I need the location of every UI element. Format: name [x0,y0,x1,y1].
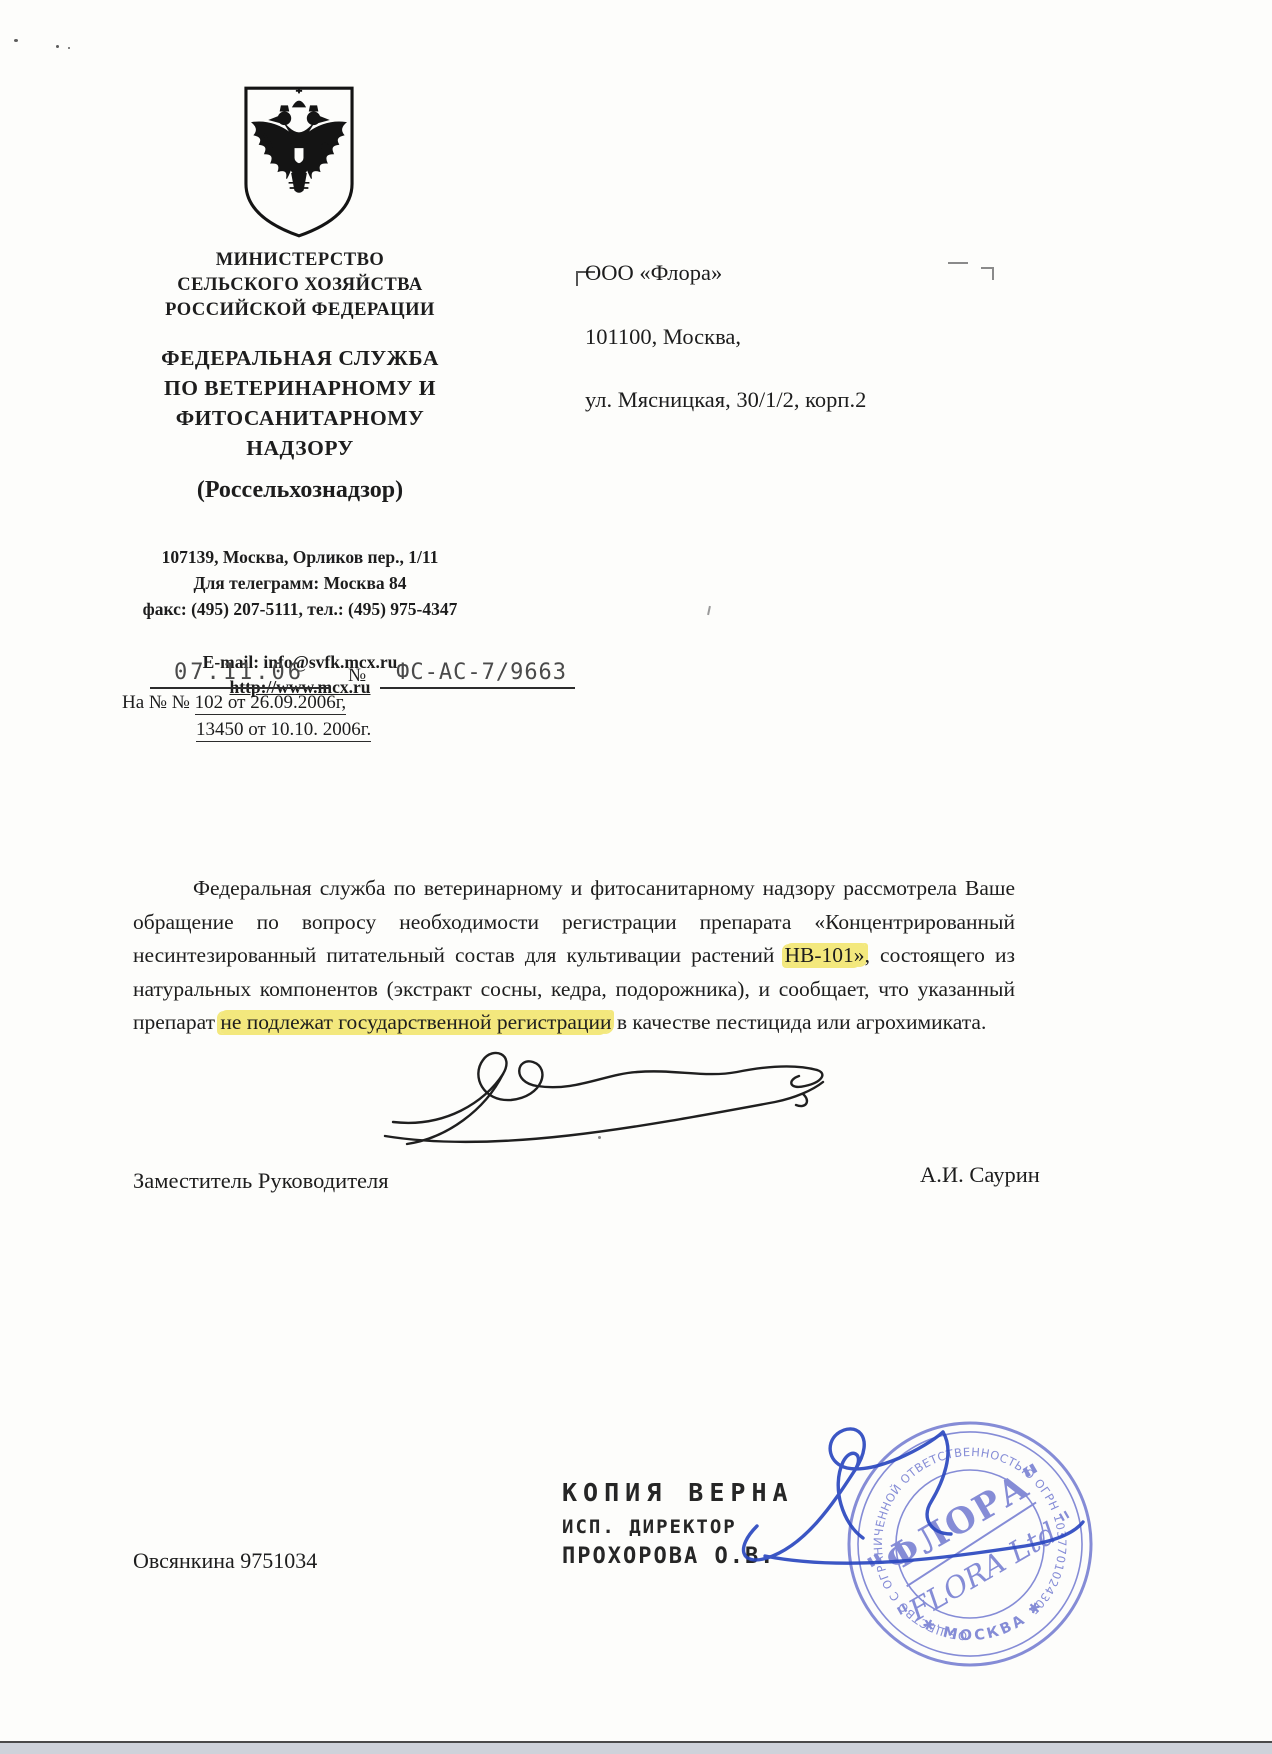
recipient-street: ул. Мясницкая, 30/1/2, корп.2 [585,389,1005,412]
address-line: факс: (495) 207-5111, тел.: (495) 975-43… [92,596,508,622]
service-line: ФИТОСАНИТАРНОМУ [92,403,508,433]
highlighted-product-name: НВ-101» [785,943,865,967]
reply-prefix: На № № [122,692,190,713]
ministry-line: РОССИЙСКОЙ ФЕДЕРАЦИИ [92,298,508,323]
scan-speck [68,47,70,49]
service-line: НАДЗОРУ [92,433,508,463]
scan-speck [707,606,711,615]
address-line: 107139, Москва, Орликов пер., 1/11 [92,544,508,570]
reply-reference-line-1: На № № 102 от 26.09.2006г, [122,692,346,714]
recipient-postcode-city: 101100, Москва, [585,326,1005,349]
recipient-name: ООО «Флора» [585,262,1005,285]
reply-number-2: 13450 от 10.10. 2006г. [196,719,371,742]
outgoing-number: ФС-АС-7/9663 [380,660,575,689]
service-line: ФЕДЕРАЛЬНАЯ СЛУЖБА [92,343,508,373]
signer-title: Заместитель Руководителя [133,1168,389,1194]
scan-speck [14,39,18,42]
outgoing-reference-row: 07.11.06 № ФС-АС-7/9663 [150,660,690,689]
number-sign: № [330,665,380,689]
scan-speck [56,45,59,48]
signer-name: А.И. Саурин [920,1162,1040,1188]
executor-note: Овсянкина 9751034 [133,1548,317,1574]
address-line: Для телеграмм: Москва 84 [92,570,508,596]
letterhead-address: 107139, Москва, Орликов пер., 1/11 Для т… [92,544,508,622]
scanned-letter-page: МИНИСТЕРСТВО СЕЛЬСКОГО ХОЗЯЙСТВА РОССИЙС… [0,0,1272,1754]
ministry-line: СЕЛЬСКОГО ХОЗЯЙСТВА [92,273,508,298]
letter-body: Федеральная служба по ветеринарному и фи… [133,872,1015,1040]
reply-number-1: 102 от 26.09.2006г, [195,692,346,715]
reply-reference-line-2: 13450 от 10.10. 2006г. [196,719,371,741]
handwritten-signature-prokhorova [705,1408,1135,1603]
service-short-name: (Россельхознадзор) [92,477,508,504]
service-name: ФЕДЕРАЛЬНАЯ СЛУЖБА ПО ВЕТЕРИНАРНОМУ И ФИ… [92,343,508,463]
letterhead: МИНИСТЕРСТВО СЕЛЬСКОГО ХОЗЯЙСТВА РОССИЙС… [92,248,508,700]
outgoing-date: 07.11.06 [150,660,330,689]
scan-bottom-edge [0,1741,1272,1754]
recipient-block: ООО «Флора» 101100, Москва, ул. Мясницка… [585,262,1005,412]
coat-of-arms-russia-icon [236,84,362,240]
ministry-line: МИНИСТЕРСТВО [92,248,508,273]
service-line: ПО ВЕТЕРИНАРНОМУ И [92,373,508,403]
scan-speck [598,1136,601,1139]
handwritten-signature-saurin [375,1030,845,1155]
